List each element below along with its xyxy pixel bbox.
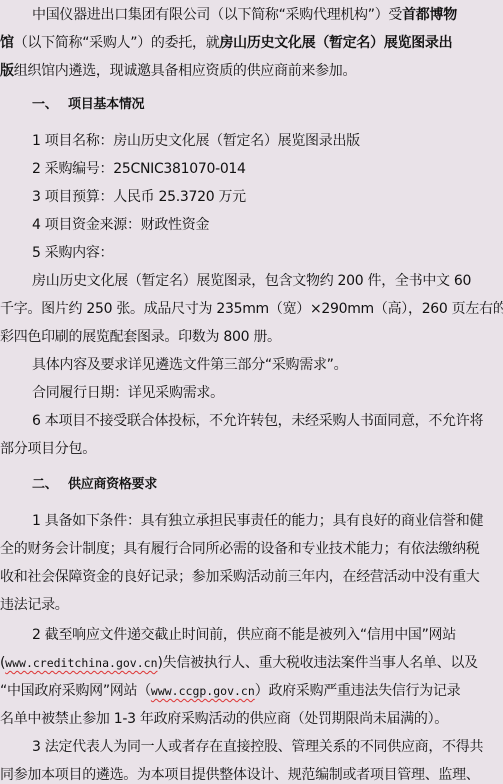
requirement-1-line: 全的财务会计制度；具有履行合同所必需的设备和专业技术能力；有依法缴纳税	[0, 535, 503, 563]
requirement-2-line: (www.creditchina.gov.cn)失信被执行人、重大税收违法案件当…	[0, 649, 503, 677]
section-1-heading: 一、项目基本情况	[0, 91, 503, 119]
project-name-bold: 版	[0, 63, 14, 79]
section-number: 二、	[32, 471, 68, 499]
req-text: “中国政府采购网”网站（	[0, 683, 151, 699]
item-6-line: 6 本项目不接受联合体投标，不允许转包，未经采购人书面同意，不允许将	[0, 407, 503, 435]
project-budget-item: 3 项目预算：人民币 25.3720 万元	[0, 183, 503, 211]
procurement-number-item: 2 采购编号：25CNIC381070-014	[0, 155, 503, 183]
item-6-line: 部分项目分包。	[0, 435, 503, 463]
content-line: 彩四色印刷的展览配套图录。印数为 800 册。	[0, 323, 503, 351]
requirement-1-line: 1 具备如下条件：具有独立承担民事责任的能力；具有良好的商业信誉和健	[0, 507, 503, 535]
content-line: 房山历史文化展（暂定名）展览图录，包含文物约 200 件，全书中文 60	[0, 267, 503, 295]
procurement-content-label: 5 采购内容：	[0, 239, 503, 267]
intro-text: 中国仪器进出口集团有限公司（以下简称“采购代理机构”）受	[32, 7, 402, 23]
intro-text: （以下简称“采购人”）的委托，就	[14, 35, 220, 51]
intro-line-2: 馆（以下简称“采购人”）的委托，就房山历史文化展（暂定名）展览图录出	[0, 29, 503, 57]
requirement-2-line: “中国政府采购网”网站（www.ccgp.gov.cn）政府采购严重违法失信行为…	[0, 677, 503, 705]
section-number: 一、	[32, 91, 68, 119]
req-text: )失信被执行人、重大税收违法案件当事人名单、以及	[158, 655, 478, 671]
intro-line-1: 中国仪器进出口集团有限公司（以下简称“采购代理机构”）受首都博物	[0, 1, 503, 29]
req-text: ）政府采购严重违法失信行为记录	[255, 683, 461, 699]
purchaser-name-bold: 馆	[0, 35, 14, 51]
requirement-2-line: 名单中被禁止参加 1-3 年政府采购活动的供应商（处罚期限尚未届满的）。	[0, 705, 503, 733]
requirement-3-line: 3 法定代表人为同一人或者存在直接控股、管理关系的不同供应商，不得共	[0, 733, 503, 761]
contract-date: 合同履行日期：详见采购需求。	[0, 379, 503, 407]
requirement-2-line: 2 截至响应文件递交截止时间前，供应商不能是被列入“信用中国”网站	[0, 621, 503, 649]
project-name-bold: 房山历史文化展（暂定名）展览图录出	[219, 35, 452, 51]
detail-reference: 具体内容及要求详见遴选文件第三部分“采购需求”。	[0, 351, 503, 379]
section-2-heading: 二、供应商资格要求	[0, 471, 503, 499]
requirement-3-line: 同参加本项目的遴选。为本项目提供整体设计、规范编制或者项目管理、监理、	[0, 761, 503, 784]
intro-line-3: 版组织馆内遴选，现诚邀具备相应资质的供应商前来参加。	[0, 57, 503, 85]
ccgp-url[interactable]: www.ccgp.gov.cn	[151, 684, 255, 698]
purchaser-name-bold: 首都博物	[402, 7, 457, 23]
creditchina-url[interactable]: www.creditchina.gov.cn	[5, 656, 157, 670]
section-title: 项目基本情况	[68, 97, 144, 112]
intro-text: 组织馆内遴选，现诚邀具备相应资质的供应商前来参加。	[14, 63, 357, 79]
requirement-1-line: 违法记录。	[0, 591, 503, 619]
fund-source-item: 4 项目资金来源：财政性资金	[0, 211, 503, 239]
announcement-document: 中国仪器进出口集团有限公司（以下简称“采购代理机构”）受首都博物 馆（以下简称“…	[0, 0, 503, 784]
content-line: 千字。图片约 250 张。成品尺寸为 235mm（宽）×290mm（高），260…	[0, 295, 503, 323]
section-title: 供应商资格要求	[68, 477, 157, 492]
requirement-1-line: 收和社会保障资金的良好记录；参加采购活动前三年内，在经营活动中没有重大	[0, 563, 503, 591]
project-name-item: 1 项目名称：房山历史文化展（暂定名）展览图录出版	[0, 127, 503, 155]
